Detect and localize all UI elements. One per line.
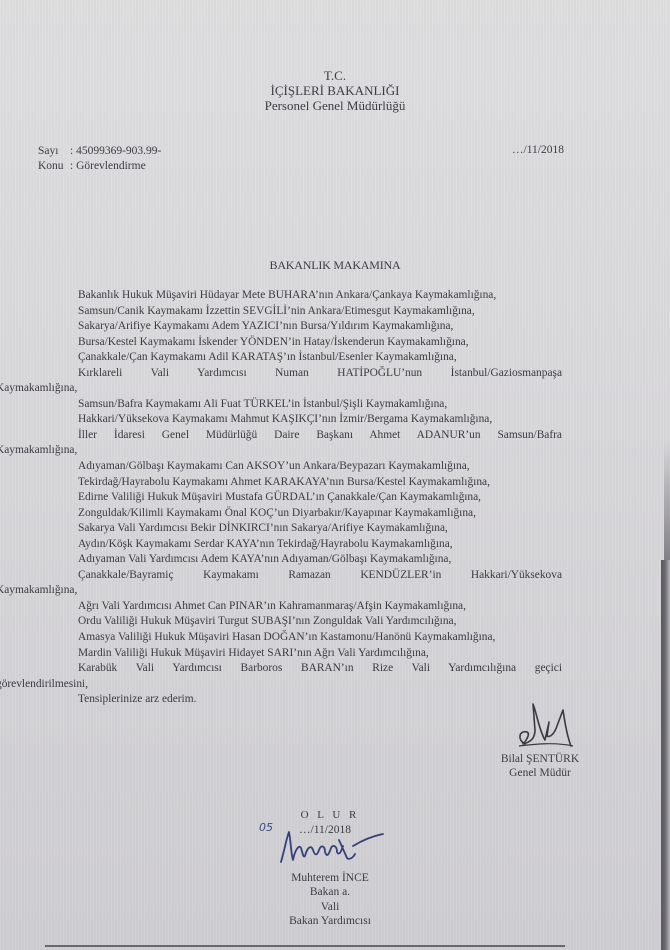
subject-value: : Görevlendirme <box>70 159 146 174</box>
document-body: Bakanlık Hukuk Müşaviri Hüdayar Mete BUH… <box>37 288 562 708</box>
letterhead-republic: T.C. <box>0 68 670 83</box>
body-paragraph: Samsun/Canik Kaymakamı İzzettin SEVGİLİ’… <box>37 304 562 320</box>
paragraph-continuation: Kaymakamlığına, <box>37 381 562 397</box>
letterhead-department: Personel Genel Müdürlüğü <box>0 98 670 113</box>
director-signature-block: Bilal ŞENTÜRK Genel Müdür <box>470 700 610 780</box>
body-paragraph: Mardin Valiliği Hukuk Müşaviri Hidayet S… <box>37 646 562 662</box>
number-value: : 45099369-903.99- <box>70 144 161 159</box>
approver-proxy: Bakan a. <box>255 885 405 900</box>
paragraph-line: Çanakkale/Bayramiç Kaymakamı Ramazan KEN… <box>37 568 562 584</box>
approver-rank: Vali <box>255 900 405 915</box>
body-paragraph: Sakarya Vali Yardımcısı Bekir DİNKIRCI’n… <box>37 521 562 537</box>
approval-label: O L U R <box>255 808 405 823</box>
approval-signature-icon <box>267 828 387 868</box>
director-signature-icon <box>505 700 575 752</box>
director-name: Bilal ŞENTÜRK <box>470 752 610 766</box>
paragraph-line: Karabük Vali Yardımcısı Barboros BARAN’ı… <box>37 661 562 677</box>
body-paragraph: Kırklareli Vali Yardımcısı Numan HATİPOĞ… <box>37 366 562 397</box>
body-paragraph: Çanakkale/Çan Kaymakamı Adil KARATAŞ’ın … <box>37 350 562 366</box>
paragraph-line: İller İdaresi Genel Müdürlüğü Daire Başk… <box>37 428 562 444</box>
paper-edge-shadow <box>664 440 670 560</box>
body-paragraph: Amasya Valiliği Hukuk Müşaviri Hasan DOĞ… <box>37 630 562 646</box>
document-date: …/11/2018 <box>512 144 564 156</box>
body-paragraph: Hakkari/Yüksekova Kaymakamı Mahmut KAŞIK… <box>37 412 562 428</box>
paragraph-continuation: görevlendirilmesini, <box>37 677 562 693</box>
body-paragraph: İller İdaresi Genel Müdürlüğü Daire Başk… <box>37 428 562 459</box>
body-paragraph: Ağrı Vali Yardımcısı Ahmet Can PINAR’ın … <box>37 599 562 615</box>
paragraph-line: Kırklareli Vali Yardımcısı Numan HATİPOĞ… <box>37 366 562 382</box>
paragraph-continuation: Kaymakamlığına, <box>37 443 562 459</box>
body-paragraph: Çanakkale/Bayramiç Kaymakamı Ramazan KEN… <box>37 568 562 599</box>
body-paragraph: Samsun/Bafra Kaymakamı Ali Fuat TÜRKEL’i… <box>37 397 562 413</box>
approver-title: Bakan Yardımcısı <box>255 914 405 929</box>
body-paragraph: Edirne Valiliği Hukuk Müşaviri Mustafa G… <box>37 490 562 506</box>
body-paragraph: Bursa/Kestel Kaymakamı İskender YÖNDEN’i… <box>37 335 562 351</box>
body-paragraph: Bakanlık Hukuk Müşaviri Hüdayar Mete BUH… <box>37 288 562 304</box>
body-paragraph: Karabük Vali Yardımcısı Barboros BARAN’ı… <box>37 661 562 692</box>
subject-label: Konu <box>38 159 70 174</box>
body-paragraph: Adıyaman Vali Yardımcısı Adem KAYA’nın A… <box>37 552 562 568</box>
director-title: Genel Müdür <box>470 766 610 780</box>
approval-block: O L U R 05 …/11/2018 Muhterem İNCE Bakan… <box>255 808 405 929</box>
letterhead: T.C. İÇİŞLERİ BAKANLIĞI Personel Genel M… <box>0 68 670 113</box>
number-row: Sayı : 45099369-903.99- <box>38 144 161 159</box>
body-paragraph: Ordu Valiliği Hukuk Müşaviri Turgut SUBA… <box>37 614 562 630</box>
body-paragraph: Sakarya/Arifiye Kaymakamı Adem YAZICI’nı… <box>37 319 562 335</box>
letterhead-ministry: İÇİŞLERİ BAKANLIĞI <box>0 83 670 98</box>
body-paragraph: Tekirdağ/Hayrabolu Kaymakamı Ahmet KARAK… <box>37 475 562 491</box>
document-meta: Sayı : 45099369-903.99- Konu : Görevlend… <box>38 144 161 174</box>
paper-edge-bottom <box>45 945 565 947</box>
paper-edge-right <box>661 560 670 950</box>
body-paragraph: Zonguldak/Kilimli Kaymakamı Önal KOÇ’un … <box>37 506 562 522</box>
subject-row: Konu : Görevlendirme <box>38 159 161 174</box>
approver-name: Muhterem İNCE <box>255 871 405 886</box>
body-paragraph: Aydın/Köşk Kaymakamı Serdar KAYA’nın Tek… <box>37 537 562 553</box>
paragraph-continuation: Kaymakamlığına, <box>37 583 562 599</box>
addressee-title: BAKANLIK MAKAMINA <box>0 258 670 273</box>
body-paragraph: Adıyaman/Gölbaşı Kaymakamı Can AKSOY’un … <box>37 459 562 475</box>
number-label: Sayı <box>38 144 70 159</box>
